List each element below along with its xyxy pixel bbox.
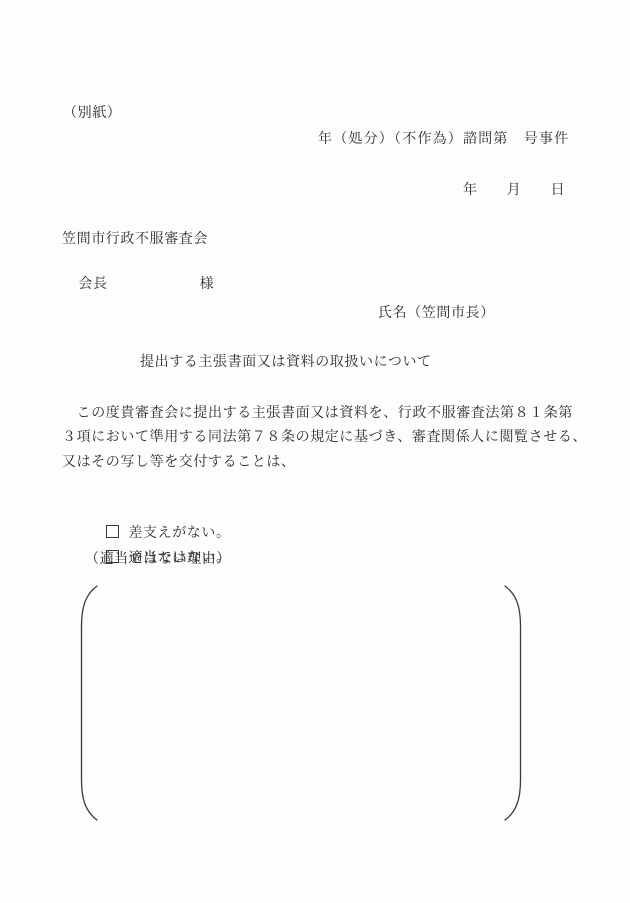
document-title: 提出する主張書面又は資料の取扱いについて: [140, 353, 432, 373]
recipient-honorific: 様: [200, 277, 215, 292]
document-page: （別紙） 年（処分）（不作為）諮問第 号事件 年 月 日 笠間市行政不服審査会 …: [0, 0, 630, 903]
attachment-note: （別紙）: [63, 104, 121, 124]
body-line: ３項において準用する同法第７８条の規定に基づき、審査関係人に閲覧させる、: [62, 428, 587, 448]
reason-caption: （適当ではない理由）: [85, 550, 231, 570]
date-line: 年 月 日: [463, 181, 565, 201]
sender-name-line: 氏名（笠間市長）: [378, 304, 495, 324]
left-parenthesis-icon: [79, 584, 99, 822]
case-number-line: 年（処分）（不作為）諮問第 号事件: [318, 130, 569, 150]
recipient-organization: 笠間市行政不服審査会: [62, 230, 208, 250]
body-line: 又はその写し等を交付することは、: [62, 453, 296, 473]
recipient-role-label: 会長: [78, 277, 107, 292]
body-line: この度貴審査会に提出する主張書面又は資料を、行政不服審査法第８１条第: [62, 404, 573, 424]
recipient-role-line: 会長様: [62, 255, 214, 315]
reason-write-in-area[interactable]: [79, 584, 523, 822]
right-parenthesis-icon: [503, 584, 523, 822]
